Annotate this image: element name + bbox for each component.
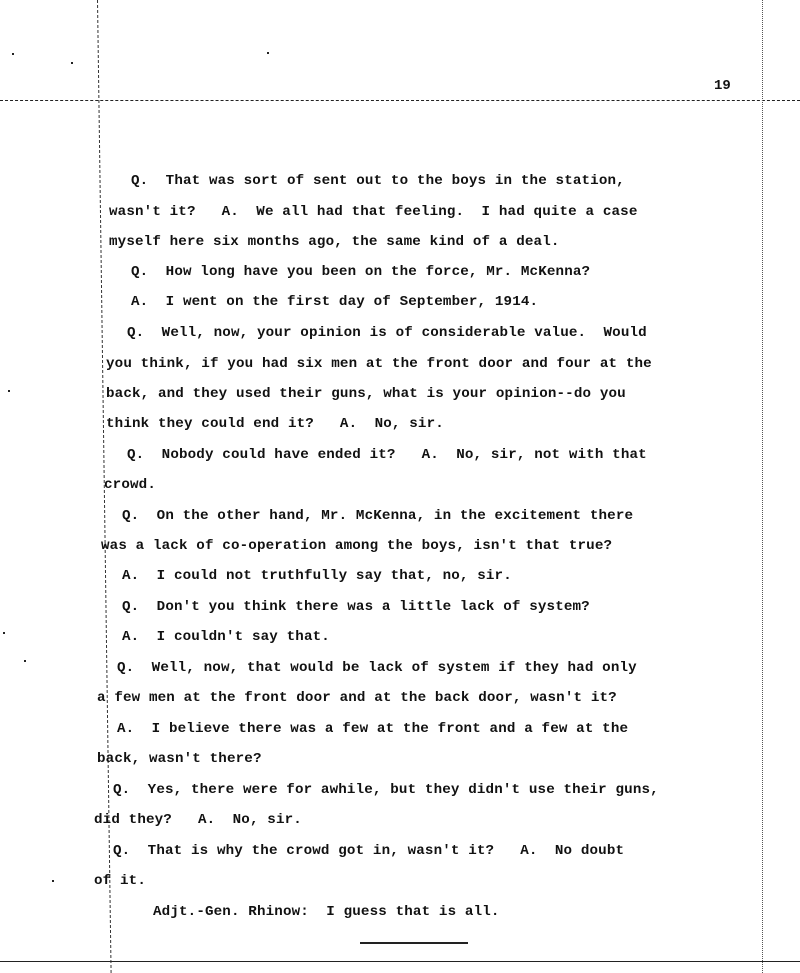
transcript-line: A. I couldn't say that. xyxy=(122,629,330,645)
transcript-page: 19 Q. That was sort of sent out to the b… xyxy=(0,0,800,973)
transcript-line: A. I went on the first day of September,… xyxy=(131,294,538,310)
scan-speck xyxy=(8,390,10,392)
transcript-line: Q. That is why the crowd got in, wasn't … xyxy=(113,843,624,859)
header-rule xyxy=(0,100,800,101)
transcript-line: a few men at the front door and at the b… xyxy=(97,690,617,706)
section-end-divider xyxy=(360,942,468,944)
transcript-line: think they could end it? A. No, sir. xyxy=(106,416,444,432)
scan-speck xyxy=(71,62,73,64)
transcript-line: Adjt.-Gen. Rhinow: I guess that is all. xyxy=(153,904,500,920)
transcript-line: Q. On the other hand, Mr. McKenna, in th… xyxy=(122,508,633,524)
page-number: 19 xyxy=(714,78,731,94)
scan-speck xyxy=(52,880,54,882)
transcript-line: Q. Yes, there were for awhile, but they … xyxy=(113,782,659,798)
transcript-line: Q. That was sort of sent out to the boys… xyxy=(131,173,625,189)
transcript-line: you think, if you had six men at the fro… xyxy=(106,356,652,372)
transcript-line: back, and they used their guns, what is … xyxy=(106,386,626,402)
transcript-line: Q. Nobody could have ended it? A. No, si… xyxy=(127,447,647,463)
transcript-line: Q. Well, now, your opinion is of conside… xyxy=(127,325,647,341)
transcript-line: of it. xyxy=(94,873,146,889)
transcript-line: Q. Don't you think there was a little la… xyxy=(122,599,590,615)
transcript-line: A. I believe there was a few at the fron… xyxy=(117,721,628,737)
scan-speck xyxy=(24,660,26,662)
transcript-line: was a lack of co-operation among the boy… xyxy=(101,538,612,554)
transcript-line: back, wasn't there? xyxy=(97,751,262,767)
transcript-line: wasn't it? A. We all had that feeling. I… xyxy=(109,204,638,220)
transcript-line: did they? A. No, sir. xyxy=(94,812,302,828)
transcript-line: Q. How long have you been on the force, … xyxy=(131,264,590,280)
scan-speck xyxy=(12,53,14,55)
footer-rule xyxy=(0,961,800,962)
right-margin-rule xyxy=(762,0,763,973)
transcript-line: Q. Well, now, that would be lack of syst… xyxy=(117,660,637,676)
transcript-line: myself here six months ago, the same kin… xyxy=(109,234,560,250)
scan-speck xyxy=(267,52,269,54)
transcript-line: crowd. xyxy=(104,477,156,493)
transcript-line: A. I could not truthfully say that, no, … xyxy=(122,568,512,584)
scan-speck xyxy=(3,632,5,634)
